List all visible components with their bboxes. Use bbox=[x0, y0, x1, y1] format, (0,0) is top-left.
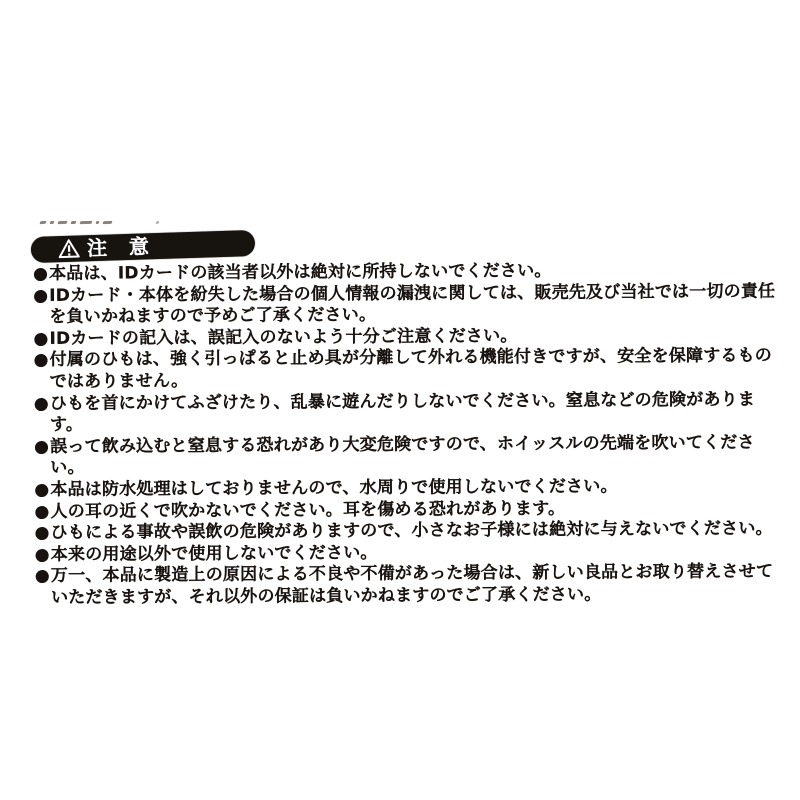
notice-text: 人の耳の近くで吹かないでください。耳を傷める恐れがあります。 bbox=[50, 498, 565, 521]
bullet-icon: ● bbox=[34, 350, 49, 372]
notice-text: 万一、本品に製造上の原因による不良や不備があった場合は、新しい良品とお取り替えさ… bbox=[51, 562, 773, 608]
bullet-icon: ● bbox=[34, 480, 49, 502]
caution-banner: 注 意 bbox=[31, 230, 256, 263]
bullet-icon: ● bbox=[33, 286, 48, 308]
notice-item: ● 付属のひもは、強く引っぱると止め具が分離して外れる機能付きですが、安全を保障… bbox=[36, 346, 780, 394]
cropped-print-fragment bbox=[40, 221, 163, 229]
bullet-icon: ● bbox=[35, 566, 50, 588]
bullet-icon: ● bbox=[34, 393, 49, 415]
notice-text: IDカードの記入は、誤記入のないよう十分ご注意ください。 bbox=[49, 326, 517, 349]
notice-list: ● 本品は、IDカードの該当者以外は絶対に所持しないでください。 ● IDカード… bbox=[35, 259, 781, 609]
notice-item: ● 誤って飲み込むと窒息する恐れがあり大変危険ですので、ホイッスルの先端を吹いて… bbox=[36, 432, 780, 480]
notice-text: 付属のひもは、強く引っぱると止め具が分離して外れる機能付きですが、安全を保障する… bbox=[50, 346, 773, 392]
bullet-icon: ● bbox=[34, 437, 49, 459]
notice-text: 本品は、IDカードの該当者以外は絶対に所持しないでください。 bbox=[49, 261, 552, 284]
bullet-icon: ● bbox=[35, 545, 50, 567]
caution-label-sheet: 注 意 ● 本品は、IDカードの該当者以外は絶対に所持しないでください。 ● I… bbox=[0, 0, 800, 800]
bullet-icon: ● bbox=[33, 329, 48, 351]
notice-text: 誤って飲み込むと窒息する恐れがあり大変危険ですので、ホイッスルの先端を吹いてくだ… bbox=[50, 432, 755, 478]
notice-text: 本来の用途以外で使用しないでください。 bbox=[51, 543, 378, 565]
caution-banner-label: 注 意 bbox=[87, 236, 151, 258]
bullet-icon: ● bbox=[33, 264, 48, 286]
notice-text: ひもを首にかけてふざけたり、乱暴に遊んだりしないでください。窒息などの危険があり… bbox=[50, 389, 755, 435]
bullet-icon: ● bbox=[35, 523, 50, 545]
notice-item: ● IDカード・本体を紛失した場合の個人情報の漏洩に関しては、販売先及び当社では… bbox=[35, 281, 779, 329]
notice-item: ● ひもを首にかけてふざけたり、乱暴に遊んだりしないでください。窒息などの危険が… bbox=[36, 389, 780, 437]
warning-triangle-icon bbox=[58, 238, 81, 259]
notice-text: ひもによる事故や誤飲の危険がありますので、小さなお子様には絶対に与えないでくださ… bbox=[51, 519, 773, 543]
notice-text: IDカード・本体を紛失した場合の個人情報の漏洩に関しては、販売先及び当社では一切… bbox=[49, 281, 775, 327]
notice-text: 本品は防水処理はしておりませんので、水周りで使用しないでください。 bbox=[50, 476, 617, 499]
bullet-icon: ● bbox=[34, 501, 49, 523]
notice-item: ● 万一、本品に製造上の原因による不良や不備があった場合は、新しい良品とお取り替… bbox=[37, 562, 781, 610]
